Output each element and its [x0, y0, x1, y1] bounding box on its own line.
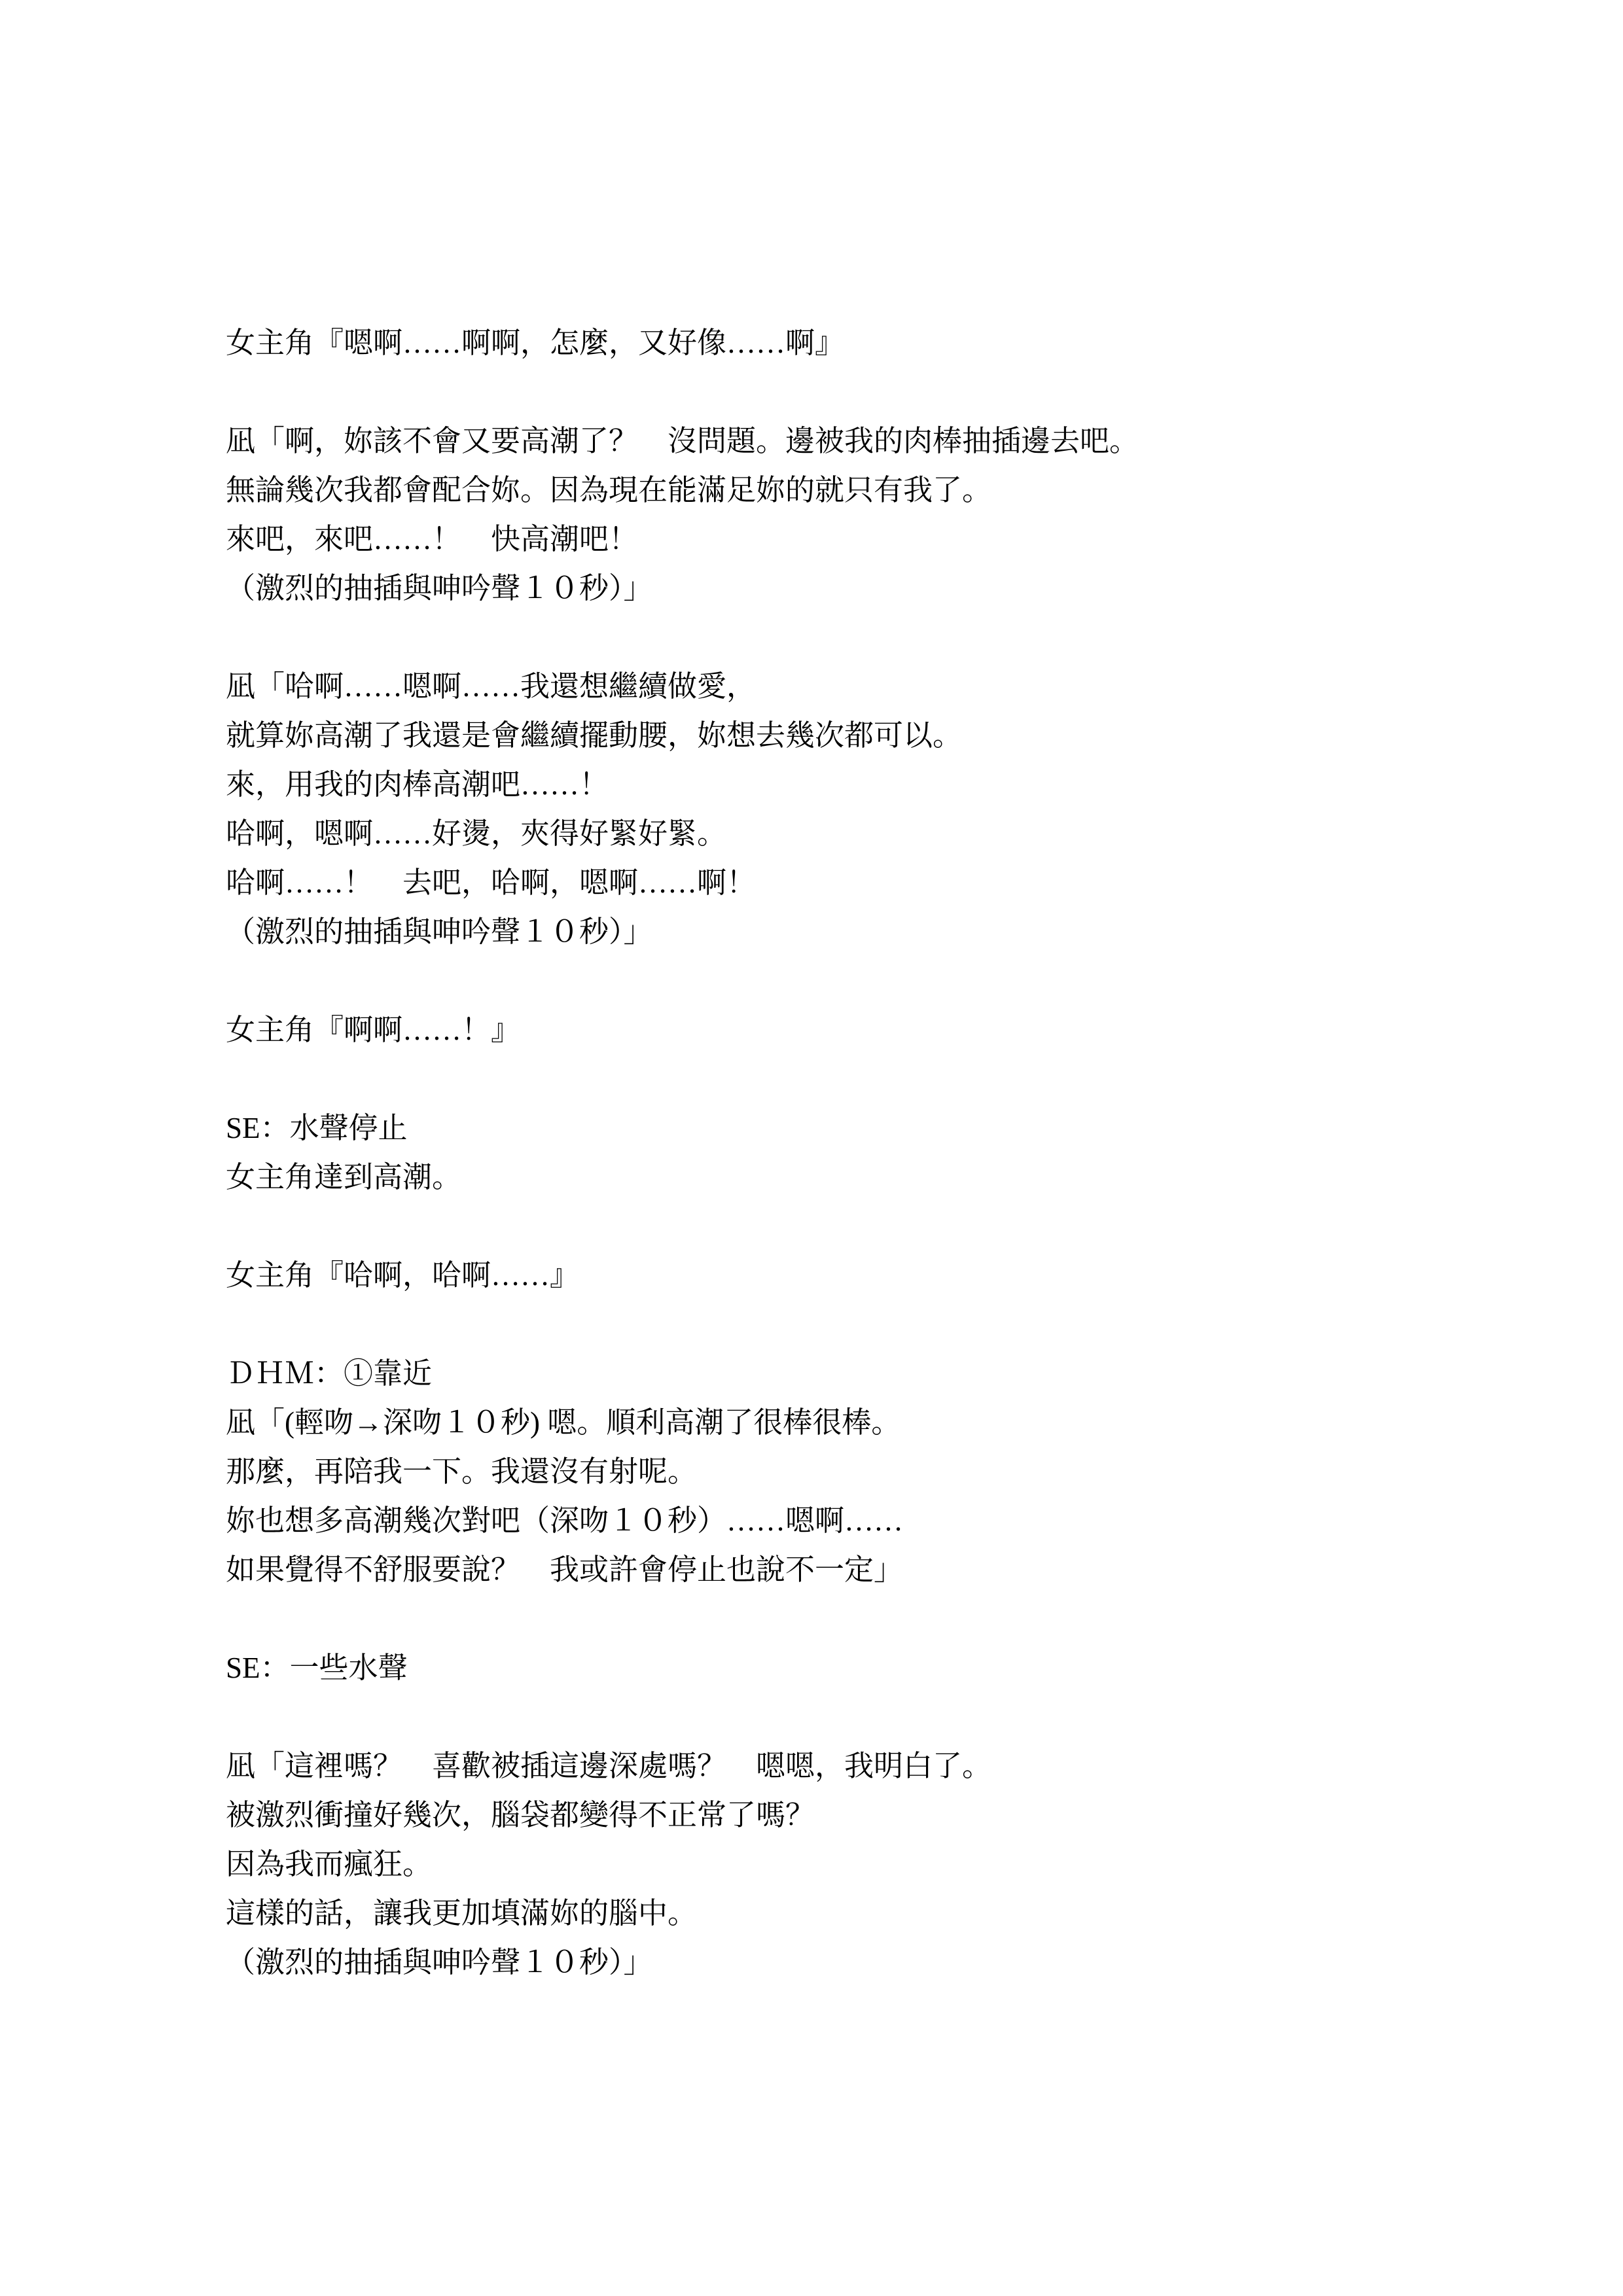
script-text: 女主角『嗯啊……啊啊，怎麼，又好像……啊』凪「啊，妳該不會又要高潮了？ 沒問題。…	[226, 319, 1417, 1987]
script-line: 凪「哈啊……嗯啊……我還想繼續做愛，	[226, 662, 1417, 711]
script-line: ＤＨＭ：①靠近	[226, 1349, 1417, 1398]
script-line: 就算妳高潮了我還是會繼續擺動腰，妳想去幾次都可以。	[226, 711, 1417, 760]
script-line: 哈啊……！ 去吧，哈啊，嗯啊……啊！	[226, 858, 1417, 908]
script-line: 來吧，來吧……！ 快高潮吧！	[226, 515, 1417, 564]
script-line: （激烈的抽插與呻吟聲１０秒）」	[226, 564, 1417, 613]
script-line: 女主角『哈啊，哈啊……』	[226, 1251, 1417, 1300]
script-line: 如果覺得不舒服要說？ 我或許會停止也說不一定」	[226, 1545, 1417, 1595]
script-line: 女主角『嗯啊……啊啊，怎麼，又好像……啊』	[226, 319, 1417, 368]
script-line: 被激烈衝撞好幾次，腦袋都變得不正常了嗎？	[226, 1791, 1417, 1840]
script-line: 女主角『啊啊……！』	[226, 1006, 1417, 1055]
script-line: 哈啊，嗯啊……好燙，夾得好緊好緊。	[226, 809, 1417, 858]
script-line: 來，用我的肉棒高潮吧……！	[226, 760, 1417, 809]
script-line: 這樣的話，讓我更加填滿妳的腦中。	[226, 1889, 1417, 1938]
document-page: 女主角『嗯啊……啊啊，怎麼，又好像……啊』凪「啊，妳該不會又要高潮了？ 沒問題。…	[0, 0, 1623, 2296]
blank-line	[226, 1595, 1417, 1644]
blank-line	[226, 957, 1417, 1006]
script-line: 女主角達到高潮。	[226, 1153, 1417, 1202]
script-line: （激烈的抽插與呻吟聲１０秒）」	[226, 1938, 1417, 1987]
script-line: 凪「(輕吻→深吻１０秒) 嗯。順利高潮了很棒很棒。	[226, 1398, 1417, 1447]
script-line: SE：水聲停止	[226, 1104, 1417, 1153]
script-line: 那麼，再陪我一下。我還沒有射呢。	[226, 1447, 1417, 1496]
blank-line	[226, 1055, 1417, 1104]
blank-line	[226, 1202, 1417, 1251]
blank-line	[226, 1693, 1417, 1742]
script-line: 凪「啊，妳該不會又要高潮了？ 沒問題。邊被我的肉棒抽插邊去吧。	[226, 417, 1417, 466]
script-line: 無論幾次我都會配合妳。因為現在能滿足妳的就只有我了。	[226, 466, 1417, 515]
script-line: （激烈的抽插與呻吟聲１０秒）」	[226, 908, 1417, 957]
script-line: 因為我而瘋狂。	[226, 1840, 1417, 1889]
script-line: 妳也想多高潮幾次對吧（深吻１０秒）……嗯啊……	[226, 1496, 1417, 1545]
blank-line	[226, 368, 1417, 417]
blank-line	[226, 1300, 1417, 1349]
script-line: 凪「這裡嗎？ 喜歡被插這邊深處嗎？ 嗯嗯，我明白了。	[226, 1742, 1417, 1791]
script-line: SE：一些水聲	[226, 1644, 1417, 1693]
blank-line	[226, 613, 1417, 662]
